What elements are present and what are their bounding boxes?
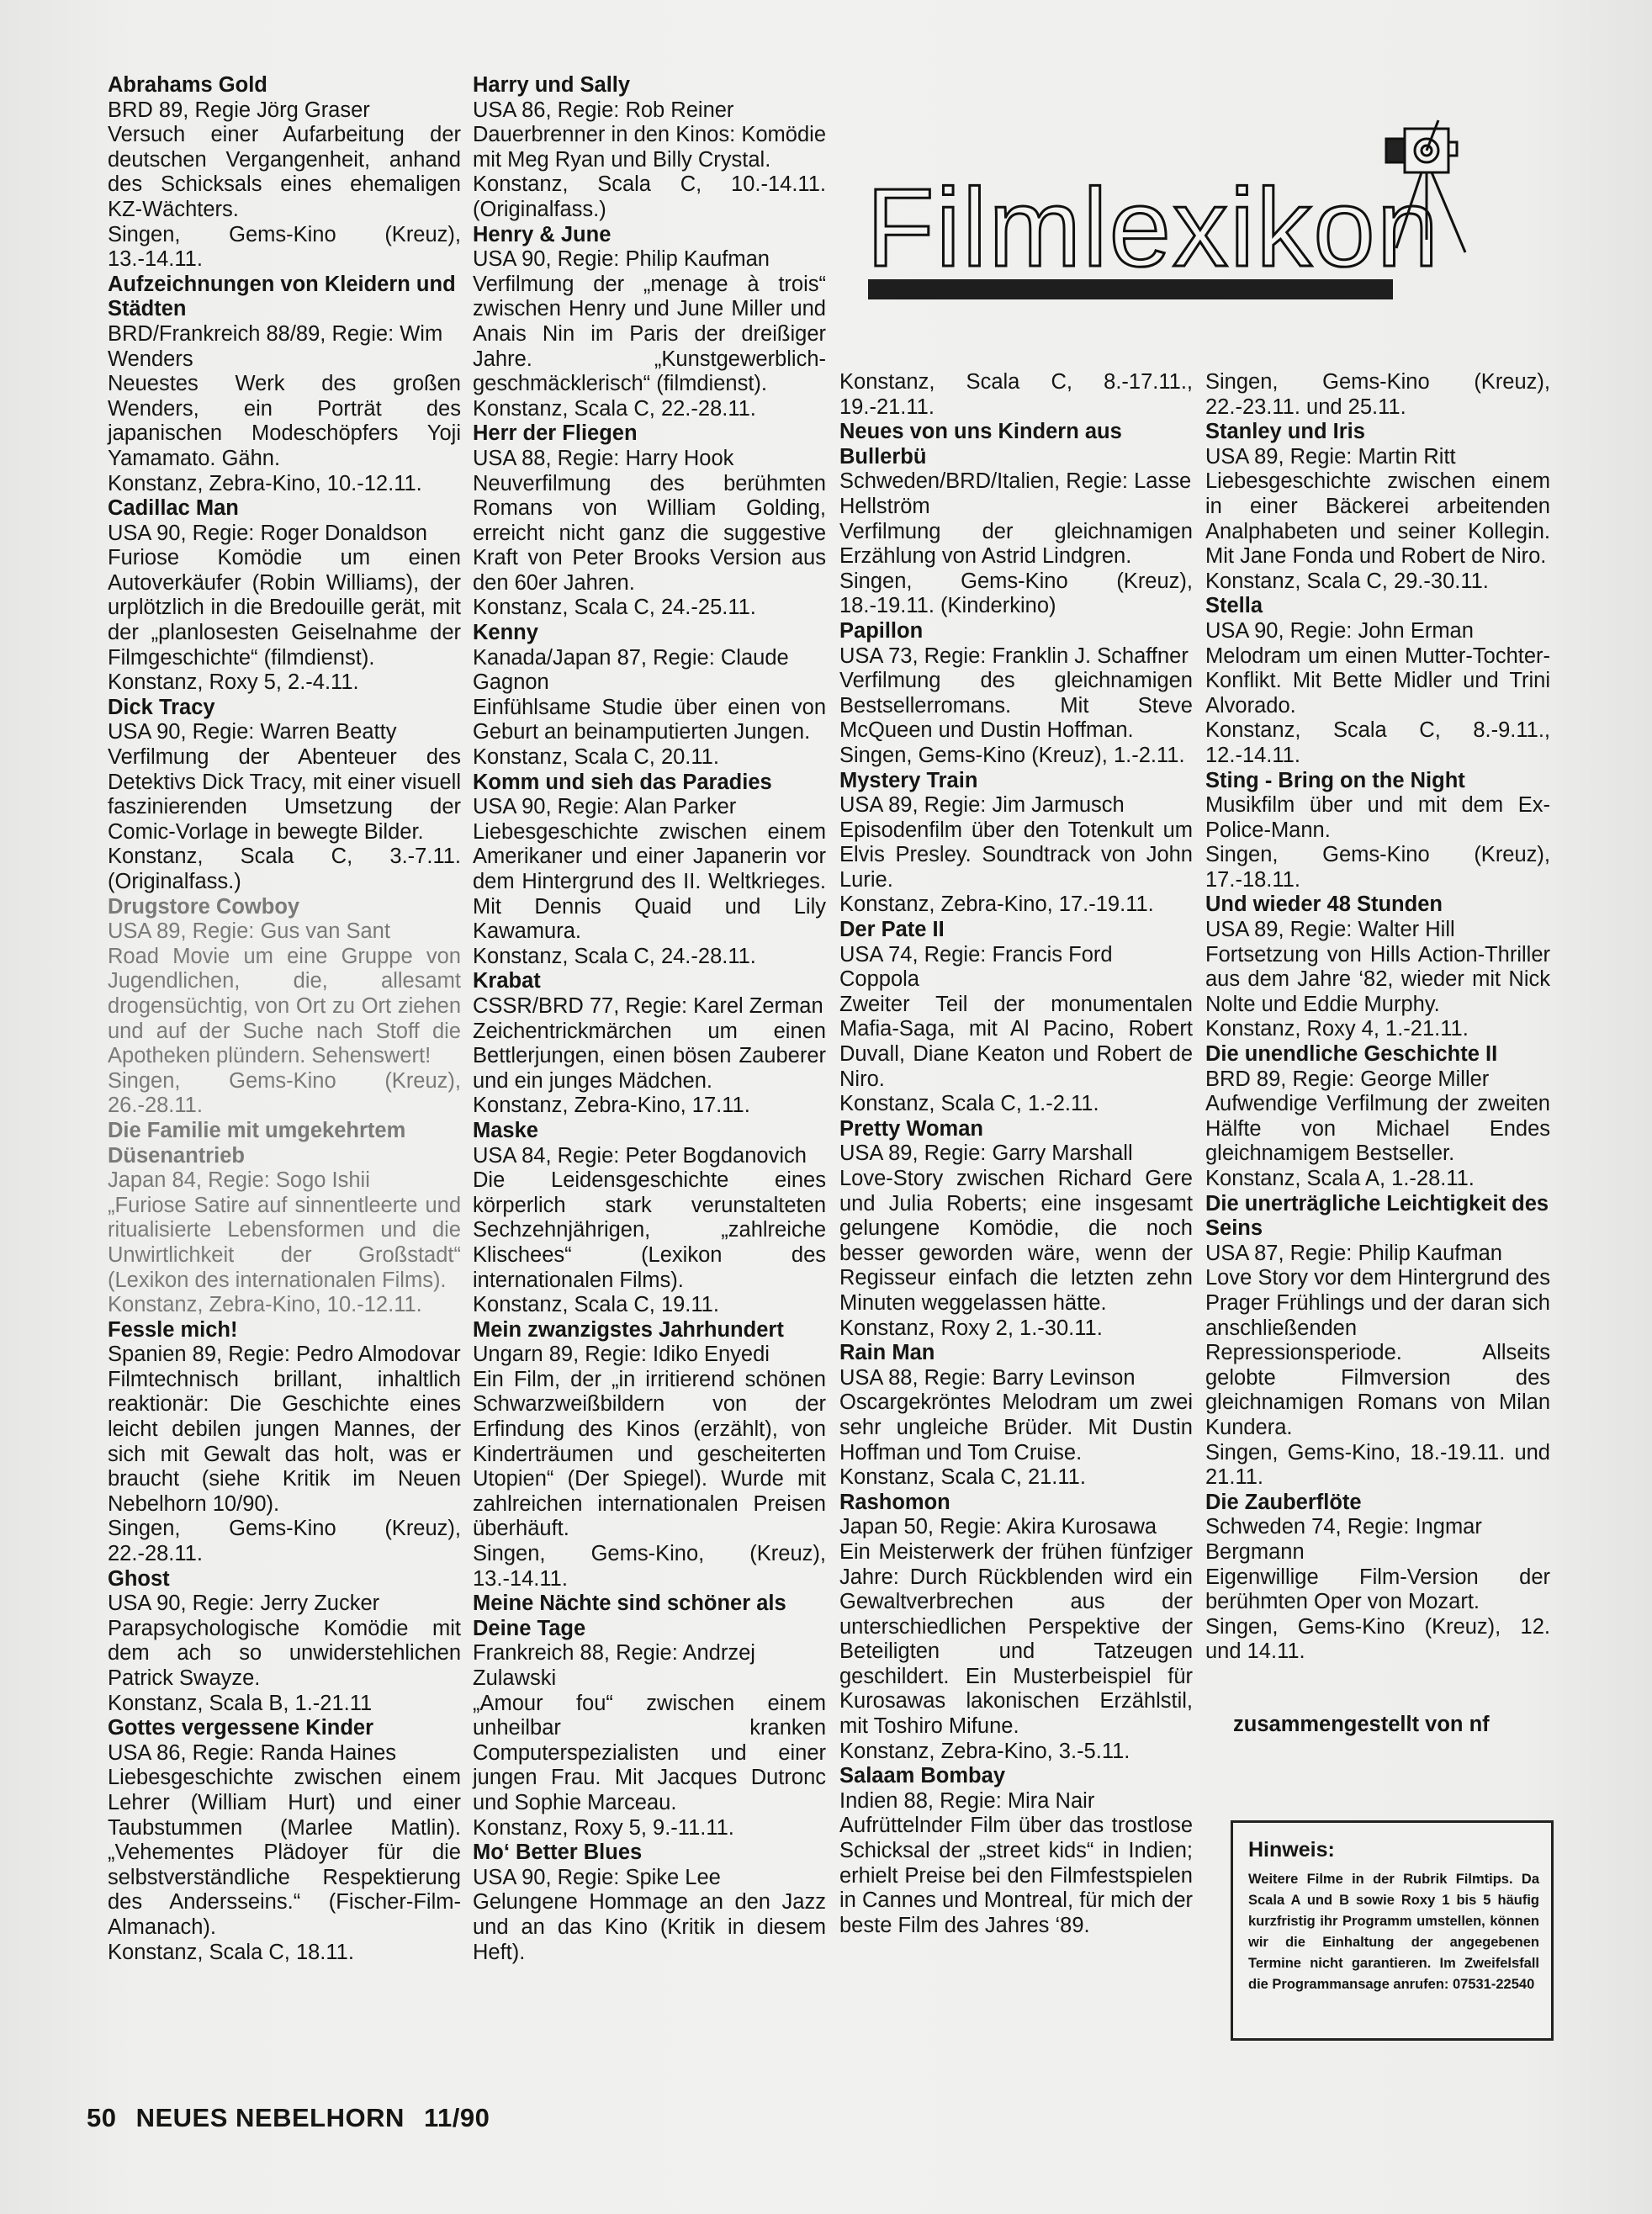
film-title: Ghost	[108, 1567, 461, 1592]
film-meta: USA 90, Regie: Roger Donaldson	[108, 522, 461, 547]
film-title: Salaam Bombay	[839, 1764, 1193, 1789]
film-venue: Konstanz, Scala C, 19.11.	[473, 1293, 826, 1318]
film-title: Fessle mich!	[108, 1318, 461, 1343]
film-meta: USA 84, Regie: Peter Bogdanovich	[473, 1144, 826, 1169]
film-meta: USA 89, Regie: Gus van Sant	[108, 919, 461, 945]
film-venue: Singen, Gems-Kino (Kreuz), 18.-19.11. (K…	[839, 569, 1193, 619]
film-description: Ein Meisterwerk der frühen fünfziger Jah…	[839, 1540, 1193, 1740]
film-description: Oscargekröntes Melodram um zwei sehr ung…	[839, 1390, 1193, 1465]
film-entry: Drugstore CowboyUSA 89, Regie: Gus van S…	[108, 895, 461, 1119]
film-title: Stanley und Iris	[1205, 420, 1550, 445]
film-meta: Ungarn 89, Regie: Idiko Enyedi	[473, 1343, 826, 1368]
film-entry: Salaam BombayIndien 88, Regie: Mira Nair…	[839, 1764, 1193, 1938]
film-entry: Fessle mich!Spanien 89, Regie: Pedro Alm…	[108, 1318, 461, 1567]
film-meta: USA 90, Regie: Spike Lee	[473, 1866, 826, 1891]
film-meta: CSSR/BRD 77, Regie: Karel Zerman	[473, 994, 826, 1020]
film-description: Neuestes Werk des großen Wenders, ein Po…	[108, 372, 461, 471]
film-description: Die Leidensgeschichte eines körperlich s…	[473, 1168, 826, 1293]
film-entry: Der Pate IIUSA 74, Regie: Francis Ford C…	[839, 918, 1193, 1117]
film-venue: Konstanz, Scala C, 20.11.	[473, 745, 826, 771]
issue-number: 11/90	[424, 2103, 490, 2132]
film-venue: Konstanz, Scala C, 10.-14.11. (Originalf…	[473, 172, 826, 222]
film-entry: Mystery TrainUSA 89, Regie: Jim Jarmusch…	[839, 769, 1193, 919]
film-title: Mystery Train	[839, 769, 1193, 794]
film-description: Fortsetzung von Hills Action-Thriller au…	[1205, 943, 1550, 1018]
film-entry: Rain ManUSA 88, Regie: Barry LevinsonOsc…	[839, 1341, 1193, 1491]
film-entry: KennyKanada/Japan 87, Regie: Claude Gagn…	[473, 621, 826, 771]
film-meta: USA 90, Regie: Warren Beatty	[108, 720, 461, 745]
film-venue: Konstanz, Scala C, 3.-7.11. (Originalfas…	[108, 845, 461, 894]
film-meta: BRD 89, Regie Jörg Graser	[108, 98, 461, 124]
film-description: Zweiter Teil der monumentalen Mafia-Saga…	[839, 993, 1193, 1092]
film-entry: Henry & JuneUSA 90, Regie: Philip Kaufma…	[473, 223, 826, 422]
film-description: Liebesgeschichte zwischen einem Amerikan…	[473, 820, 826, 945]
film-title: Harry und Sally	[473, 73, 826, 98]
film-meta: Schweden 74, Regie: Ingmar Bergmann	[1205, 1515, 1550, 1565]
film-meta: USA 88, Regie: Barry Levinson	[839, 1366, 1193, 1391]
film-entry: Abrahams GoldBRD 89, Regie Jörg GraserVe…	[108, 73, 461, 273]
film-venue: Konstanz, Scala C, 21.11.	[839, 1465, 1193, 1491]
film-entry: Die unendliche Geschichte IIBRD 89, Regi…	[1205, 1042, 1550, 1192]
film-title: Herr der Fliegen	[473, 421, 826, 447]
film-title: Der Pate II	[839, 918, 1193, 943]
film-venue: Konstanz, Scala C, 24.-25.11.	[473, 596, 826, 621]
film-venue: Singen, Gems-Kino (Kreuz), 17.-18.11.	[1205, 843, 1550, 892]
film-description: Zeichentrickmärchen um einen Bettlerjung…	[473, 1020, 826, 1094]
film-meta: Spanien 89, Regie: Pedro Almodovar	[108, 1343, 461, 1368]
notice-title: Hinweis:	[1248, 1838, 1539, 1862]
film-title: Kenny	[473, 621, 826, 646]
film-description: Neuverfilmung des berühmten Romans von W…	[473, 472, 826, 596]
film-description: Love-Story zwischen Richard Gere und Jul…	[839, 1167, 1193, 1316]
film-description: Road Movie um eine Gruppe von Jugendlich…	[108, 945, 461, 1069]
film-venue: Singen, Gems-Kino, (Kreuz), 13.-14.11.	[473, 1542, 826, 1592]
film-title: Rashomon	[839, 1491, 1193, 1516]
film-entry: Neues von uns Kindern aus BullerbüSchwed…	[839, 420, 1193, 619]
notice-box: Hinweis: Weitere Filme in der Rubrik Fil…	[1231, 1820, 1554, 2041]
film-meta: USA 89, Regie: Martin Ritt	[1205, 445, 1550, 470]
film-title: Krabat	[473, 969, 826, 994]
film-venue: Konstanz, Scala C, 29.-30.11.	[1205, 569, 1550, 595]
film-meta: USA 89, Regie: Walter Hill	[1205, 918, 1550, 943]
film-description: Furiose Komödie um einen Autoverkäufer (…	[108, 546, 461, 670]
film-title: Neues von uns Kindern aus Bullerbü	[839, 420, 1193, 469]
film-description: Ein Film, der „in irritierend schönen Sc…	[473, 1368, 826, 1542]
film-entry: Gottes vergessene KinderUSA 86, Regie: R…	[108, 1716, 461, 1965]
film-entry: Mein zwanzigstes JahrhundertUngarn 89, R…	[473, 1318, 826, 1592]
film-venue: Konstanz, Roxy 2, 1.-30.11.	[839, 1316, 1193, 1342]
title-underline-bar	[868, 279, 1393, 299]
film-entry: Die unerträgliche Leichtigkeit des Seins…	[1205, 1192, 1550, 1491]
film-meta: USA 89, Regie: Jim Jarmusch	[839, 793, 1193, 818]
film-description: Love Story vor dem Hintergrund des Prage…	[1205, 1266, 1550, 1440]
column-2: Harry und SallyUSA 86, Regie: Rob Reiner…	[473, 73, 826, 1965]
film-description: Verfilmung der „menage à trois“ zwischen…	[473, 273, 826, 397]
film-meta: Japan 84, Regie: Sogo Ishii	[108, 1168, 461, 1194]
film-entry: StellaUSA 90, Regie: John ErmanMelodram …	[1205, 594, 1550, 768]
film-title: Sting - Bring on the Night	[1205, 769, 1550, 794]
film-entry: Aufzeichnungen von Kleidern und StädtenB…	[108, 273, 461, 496]
film-meta: USA 90, Regie: Jerry Zucker	[108, 1592, 461, 1617]
film-entry-continued: Konstanz, Scala C, 8.-17.11., 19.-21.11.	[839, 370, 1193, 420]
film-entry: PapillonUSA 73, Regie: Franklin J. Schaf…	[839, 619, 1193, 769]
page-number: 50	[87, 2103, 116, 2132]
film-camera-on-tripod-icon	[1371, 114, 1472, 257]
film-venue: Konstanz, Scala C, 24.-28.11.	[473, 945, 826, 970]
film-description: Filmtechnisch brillant, inhaltlich reakt…	[108, 1368, 461, 1517]
film-description: Verfilmung der Abenteuer des Detektivs D…	[108, 745, 461, 845]
film-venue: Singen, Gems-Kino (Kreuz), 13.-14.11.	[108, 223, 461, 273]
film-title: Die Zauberflöte	[1205, 1491, 1550, 1516]
film-entry: Komm und sieh das ParadiesUSA 90, Regie:…	[473, 771, 826, 970]
film-venue: Konstanz, Scala C, 8.-9.11., 12.-14.11.	[1205, 718, 1550, 768]
film-title: Rain Man	[839, 1341, 1193, 1366]
film-venue: Konstanz, Scala C, 18.11.	[108, 1941, 461, 1966]
column-4: Singen, Gems-Kino (Kreuz), 22.-23.11. un…	[1205, 370, 1550, 1665]
film-meta: BRD/Frankreich 88/89, Regie: Wim Wenders	[108, 322, 461, 372]
film-venue: Konstanz, Scala C, 22.-28.11.	[473, 397, 826, 422]
film-entry: Cadillac ManUSA 90, Regie: Roger Donalds…	[108, 496, 461, 696]
film-description: Liebesgeschichte zwischen einem Lehrer (…	[108, 1766, 461, 1940]
film-venue: Singen, Gems-Kino, 18.-19.11. und 21.11.	[1205, 1441, 1550, 1491]
film-description: „Amour fou“ zwischen einem unheilbar kra…	[473, 1692, 826, 1816]
film-venue: Singen, Gems-Kino (Kreuz), 26.-28.11.	[108, 1069, 461, 1119]
film-meta: USA 90, Regie: Alan Parker	[473, 795, 826, 820]
film-description: Parapsychologische Komödie mit dem ach s…	[108, 1617, 461, 1692]
film-venue: Konstanz, Zebra-Kino, 10.-12.11.	[108, 1293, 461, 1318]
film-venue: Konstanz, Scala C, 1.-2.11.	[839, 1092, 1193, 1117]
column-3: Konstanz, Scala C, 8.-17.11., 19.-21.11.…	[839, 370, 1193, 1938]
film-title: Gottes vergessene Kinder	[108, 1716, 461, 1741]
film-entry: Herr der FliegenUSA 88, Regie: Harry Hoo…	[473, 421, 826, 621]
film-description: Verfilmung der gleichnamigen Erzählung v…	[839, 520, 1193, 569]
film-entry: Die Familie mit umgekehrtem Düsenantrieb…	[108, 1119, 461, 1318]
film-meta: BRD 89, Regie: George Miller	[1205, 1067, 1550, 1093]
film-description: Gelungene Hommage an den Jazz und an das…	[473, 1890, 826, 1965]
film-title: Maske	[473, 1119, 826, 1144]
film-description: Verfilmung des gleichnamigen Bestsellerr…	[839, 669, 1193, 744]
film-venue: Singen, Gems-Kino (Kreuz), 22.-28.11.	[108, 1517, 461, 1566]
film-venue: Singen, Gems-Kino (Kreuz), 22.-23.11. un…	[1205, 370, 1550, 420]
film-venue: Singen, Gems-Kino (Kreuz), 12. und 14.11…	[1205, 1615, 1550, 1665]
film-venue: Konstanz, Roxy 4, 1.-21.11.	[1205, 1017, 1550, 1042]
film-description: Einfühlsame Studie über einen von Geburt…	[473, 696, 826, 745]
film-meta: USA 73, Regie: Franklin J. Schaffner	[839, 644, 1193, 670]
film-meta: USA 87, Regie: Philip Kaufman	[1205, 1242, 1550, 1267]
film-entry: RashomonJapan 50, Regie: Akira KurosawaE…	[839, 1491, 1193, 1765]
film-entry-continued: Singen, Gems-Kino (Kreuz), 22.-23.11. un…	[1205, 370, 1550, 420]
film-meta: USA 90, Regie: John Erman	[1205, 619, 1550, 644]
filmlexikon-header: Filmlexikon	[866, 122, 1455, 299]
author-credit: zusammengestellt von nf	[1233, 1713, 1490, 1737]
film-description: Liebesgeschichte zwischen einem in einer…	[1205, 469, 1550, 569]
film-title: Stella	[1205, 594, 1550, 619]
film-entry: Und wieder 48 StundenUSA 89, Regie: Walt…	[1205, 892, 1550, 1042]
film-entry: GhostUSA 90, Regie: Jerry ZuckerParapsyc…	[108, 1567, 461, 1717]
film-description: Eigenwillige Film-Version der berühmten …	[1205, 1565, 1550, 1615]
column-1: Abrahams GoldBRD 89, Regie Jörg GraserVe…	[108, 73, 461, 1965]
film-title: Die unerträgliche Leichtigkeit des Seins	[1205, 1192, 1550, 1242]
film-meta: Kanada/Japan 87, Regie: Claude Gagnon	[473, 646, 826, 696]
film-entry: Dick TracyUSA 90, Regie: Warren BeattyVe…	[108, 696, 461, 895]
film-venue: Konstanz, Scala C, 8.-17.11., 19.-21.11.	[839, 370, 1193, 420]
film-meta: USA 90, Regie: Philip Kaufman	[473, 247, 826, 273]
film-title: Und wieder 48 Stunden	[1205, 892, 1550, 918]
film-description: Aufwendige Verfilmung der zweiten Hälfte…	[1205, 1092, 1550, 1167]
film-venue: Singen, Gems-Kino (Kreuz), 1.-2.11.	[839, 744, 1193, 769]
film-title: Henry & June	[473, 223, 826, 248]
film-venue: Konstanz, Zebra-Kino, 10.-12.11.	[108, 472, 461, 497]
film-title: Mein zwanzigstes Jahrhundert	[473, 1318, 826, 1343]
film-meta: Japan 50, Regie: Akira Kurosawa	[839, 1515, 1193, 1540]
film-venue: Konstanz, Roxy 5, 9.-11.11.	[473, 1816, 826, 1841]
film-venue: Konstanz, Scala A, 1.-28.11.	[1205, 1167, 1550, 1192]
film-description: Dauerbrenner in den Kinos: Komödie mit M…	[473, 123, 826, 172]
film-title: Aufzeichnungen von Kleidern und Städten	[108, 273, 461, 322]
section-title: Filmlexikon	[866, 172, 1440, 283]
film-entry: Die ZauberflöteSchweden 74, Regie: Ingma…	[1205, 1491, 1550, 1665]
film-entry: KrabatCSSR/BRD 77, Regie: Karel ZermanZe…	[473, 969, 826, 1119]
film-venue: Konstanz, Roxy 5, 2.-4.11.	[108, 670, 461, 696]
film-title: Drugstore Cowboy	[108, 895, 461, 920]
film-title: Cadillac Man	[108, 496, 461, 522]
film-title: Meine Nächte sind schöner als Deine Tage	[473, 1592, 826, 1641]
film-title: Dick Tracy	[108, 696, 461, 721]
film-meta: USA 86, Regie: Randa Haines	[108, 1741, 461, 1766]
film-entry: Harry und SallyUSA 86, Regie: Rob Reiner…	[473, 73, 826, 223]
notice-body: Weitere Filme in der Rubrik Filmtips. Da…	[1248, 1869, 1539, 1995]
film-meta: USA 88, Regie: Harry Hook	[473, 447, 826, 472]
magazine-name: NEUES NEBELHORN	[136, 2103, 405, 2132]
film-entry: Stanley und IrisUSA 89, Regie: Martin Ri…	[1205, 420, 1550, 594]
film-entry: Sting - Bring on the NightMusikfilm über…	[1205, 769, 1550, 893]
film-meta: Frankreich 88, Regie: Andrzej Zulawski	[473, 1641, 826, 1691]
film-venue: Konstanz, Zebra-Kino, 17.11.	[473, 1094, 826, 1119]
film-description: Musikfilm über und mit dem Ex-Police-Man…	[1205, 793, 1550, 843]
film-meta: USA 86, Regie: Rob Reiner	[473, 98, 826, 124]
film-description: Melodram um einen Mutter-Tochter-Konflik…	[1205, 644, 1550, 719]
film-title: Die Familie mit umgekehrtem Düsenantrieb	[108, 1119, 461, 1168]
film-entry: MaskeUSA 84, Regie: Peter BogdanovichDie…	[473, 1119, 826, 1318]
film-meta: USA 89, Regie: Garry Marshall	[839, 1141, 1193, 1167]
film-title: Abrahams Gold	[108, 73, 461, 98]
film-title: Komm und sieh das Paradies	[473, 771, 826, 796]
film-entry: Pretty WomanUSA 89, Regie: Garry Marshal…	[839, 1117, 1193, 1341]
film-title: Mo‘ Better Blues	[473, 1841, 826, 1866]
film-title: Papillon	[839, 619, 1193, 644]
film-description: Episodenfilm über den Totenkult um Elvis…	[839, 818, 1193, 893]
film-entry: Mo‘ Better BluesUSA 90, Regie: Spike Lee…	[473, 1841, 826, 1965]
film-venue: Konstanz, Zebra-Kino, 17.-19.11.	[839, 892, 1193, 918]
film-entry: Meine Nächte sind schöner als Deine Tage…	[473, 1592, 826, 1841]
film-venue: Konstanz, Scala B, 1.-21.11	[108, 1692, 461, 1717]
film-meta: Indien 88, Regie: Mira Nair	[839, 1789, 1193, 1814]
film-title: Die unendliche Geschichte II	[1205, 1042, 1550, 1067]
film-description: Versuch einer Aufarbeitung der deutschen…	[108, 123, 461, 222]
magazine-page: Filmlexikon Abrahams GoldBRD 89, Regie J…	[0, 0, 1652, 2214]
film-venue: Konstanz, Zebra-Kino, 3.-5.11.	[839, 1740, 1193, 1765]
film-description: „Furiose Satire auf sinnentleerte und ri…	[108, 1194, 461, 1293]
page-footer: 50 NEUES NEBELHORN 11/90	[87, 2103, 501, 2133]
film-description: Aufrüttelnder Film über das trostlose Sc…	[839, 1814, 1193, 1938]
film-meta: USA 74, Regie: Francis Ford Coppola	[839, 943, 1193, 993]
film-meta: Schweden/BRD/Italien, Regie: Lasse Hells…	[839, 469, 1193, 519]
film-title: Pretty Woman	[839, 1117, 1193, 1142]
